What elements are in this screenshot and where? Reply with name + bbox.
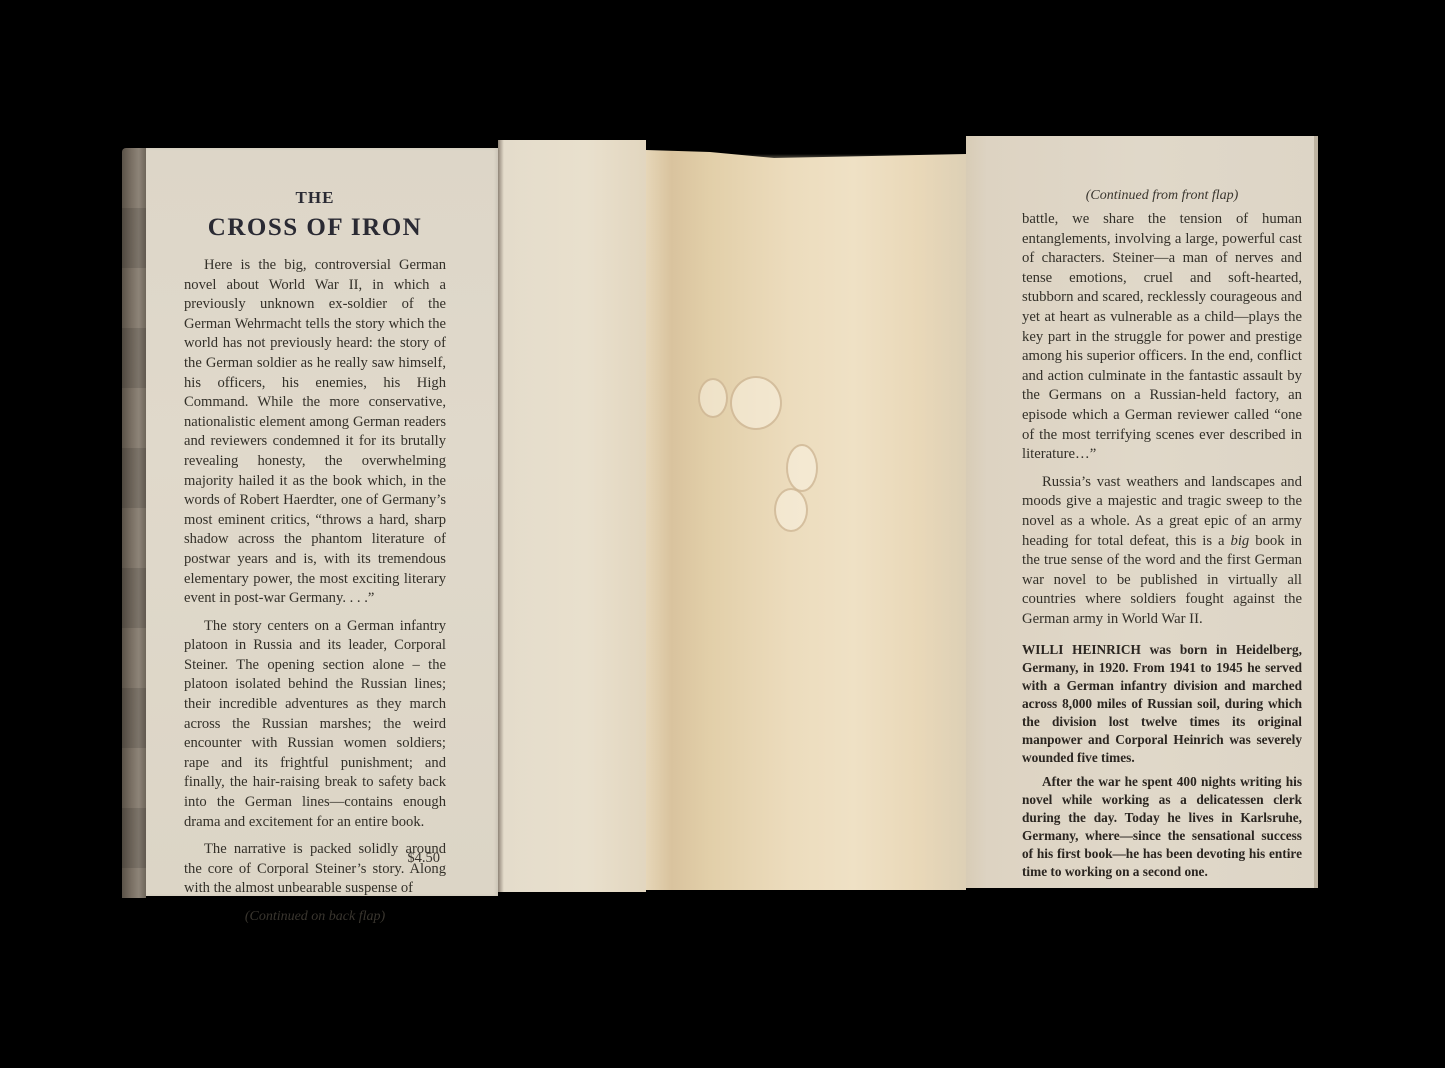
inner-front-panel — [498, 140, 646, 892]
author-bio: After the war he spent 400 nights writin… — [1022, 773, 1302, 881]
water-stain — [774, 488, 808, 532]
water-stain — [786, 444, 818, 492]
author-bio: WILLI HEINRICH was born in Heidelberg, G… — [1022, 641, 1302, 767]
back-flap-text: (Continued from front flap) battle, we s… — [1022, 188, 1302, 887]
cover-edge-strip — [122, 148, 146, 898]
continued-on-back-note: (Continued on back flap) — [184, 909, 446, 925]
back-flap: (Continued from front flap) battle, we s… — [966, 136, 1318, 888]
price-label: $4.50 — [407, 850, 440, 867]
back-paragraph-2: Russia’s vast weathers and landscapes an… — [1022, 473, 1302, 630]
front-flap: THE CROSS OF IRON Here is the big, contr… — [146, 148, 498, 896]
water-stain — [698, 378, 728, 418]
italic-word: big — [1231, 533, 1250, 549]
book-title: CROSS OF IRON — [184, 214, 446, 242]
front-flap-text: THE CROSS OF IRON Here is the big, contr… — [184, 188, 446, 925]
inner-spine-panel — [646, 148, 966, 890]
back-paragraph: battle, we share the tension of human en… — [1022, 210, 1302, 465]
front-paragraph: The story centers on a German infantry p… — [184, 617, 446, 833]
front-paragraph: Here is the big, controversial German no… — [184, 256, 446, 609]
continued-from-front-note: (Continued from front flap) — [1022, 188, 1302, 204]
water-stain — [730, 376, 782, 430]
dust-jacket: THE CROSS OF IRON Here is the big, contr… — [0, 0, 1445, 1068]
title-the: THE — [184, 188, 446, 208]
